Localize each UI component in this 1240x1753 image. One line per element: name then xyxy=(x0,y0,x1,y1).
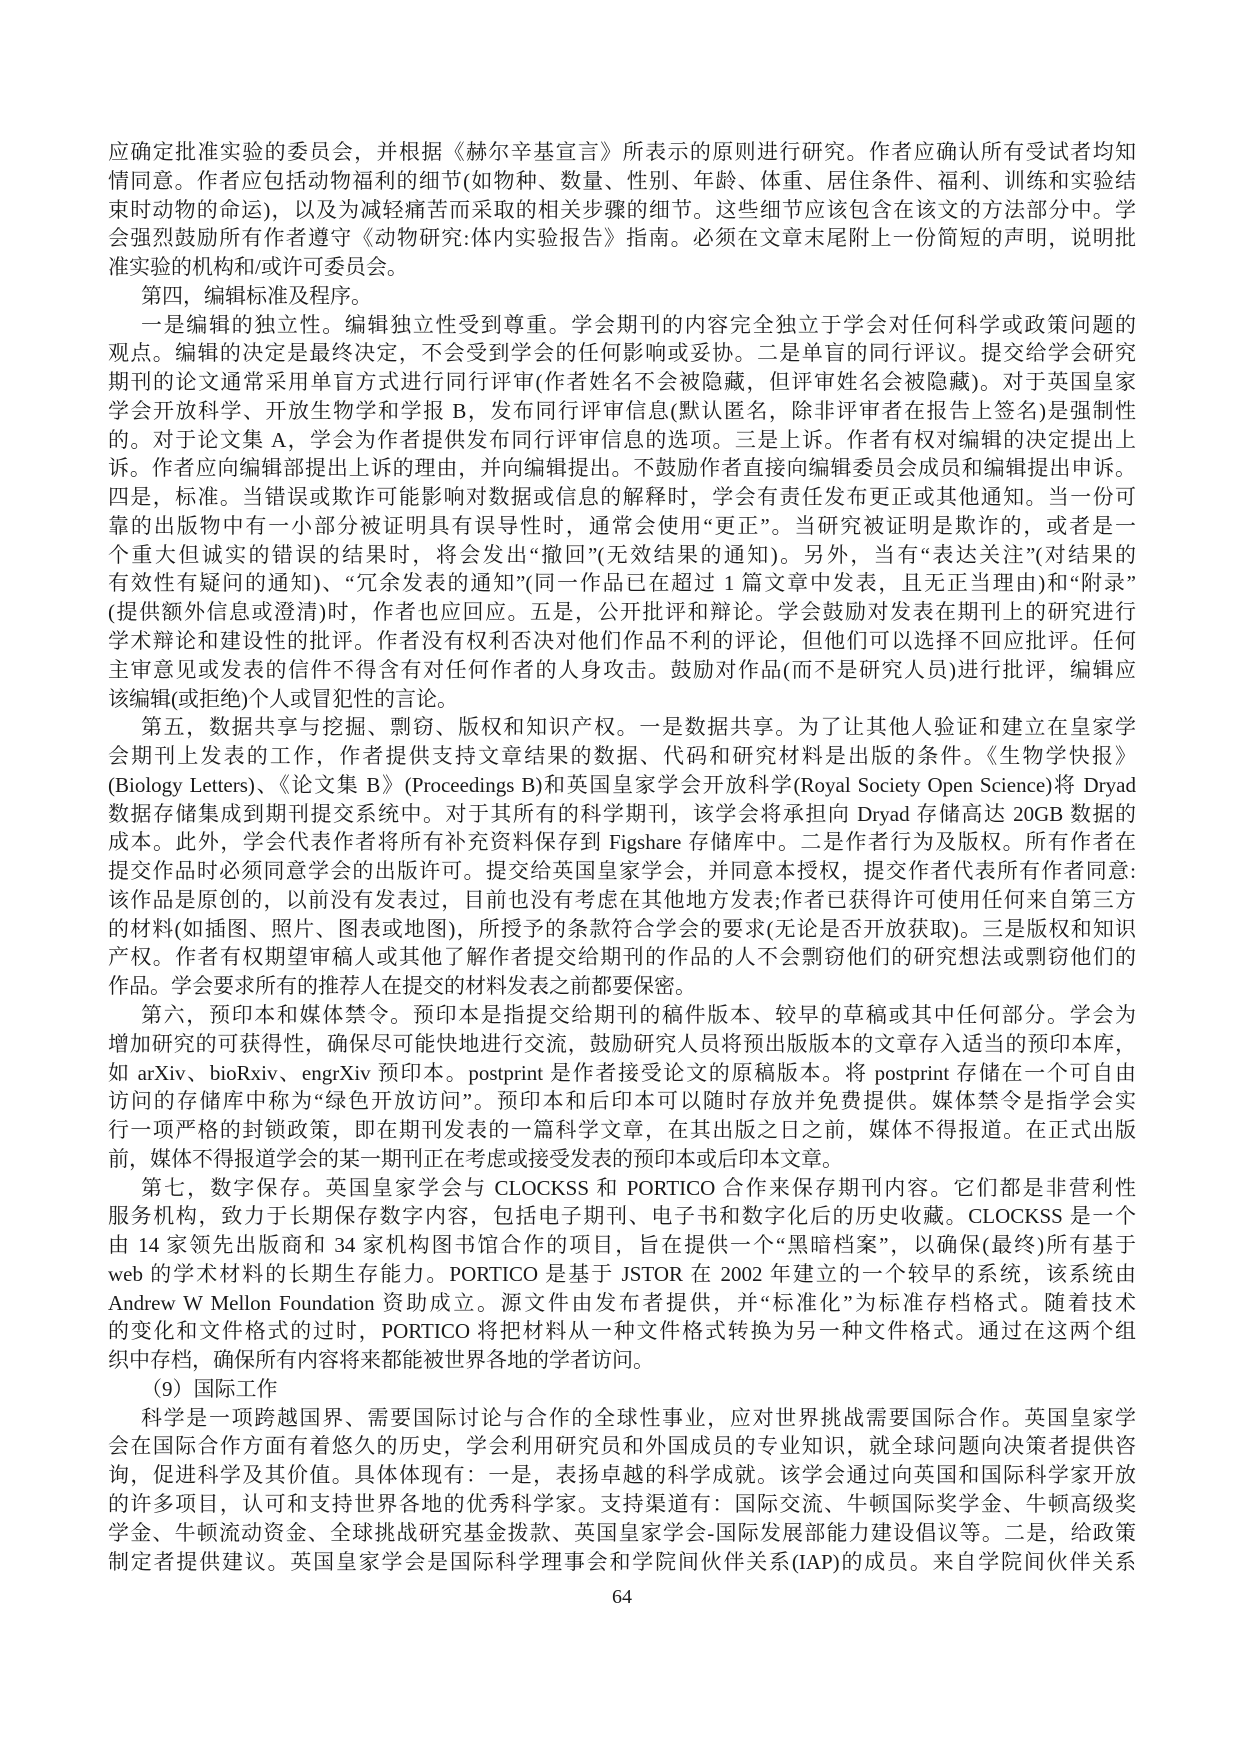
text-line: 学会开放科学、开放生物学和学报 B，发布同行评审信息(默认匿名，除非评审者在报告… xyxy=(108,397,1136,426)
text-line: 应确定批准实验的委员会，并根据《赫尔辛基宣言》所表示的原则进行研究。作者应确认所… xyxy=(108,138,1136,167)
text-line: 学术辩论和建设性的批评。作者没有权利否决对他们作品不利的评论，但他们可以选择不回… xyxy=(108,627,1136,656)
text-line: 的许多项目，认可和支持世界各地的优秀科学家。支持渠道有：国际交流、牛顿国际奖学金… xyxy=(108,1490,1136,1519)
text-line: 该编辑(或拒绝)个人或冒犯性的言论。 xyxy=(108,685,1136,714)
text-line: 的。对于论文集 A，学会为作者提供发布同行评审信息的选项。三是上诉。作者有权对编… xyxy=(108,426,1136,455)
text-line: （9）国际工作 xyxy=(108,1375,1136,1404)
text-line: 访问的存储库中称为“绿色开放访问”。预印本和后印本可以随时存放并免费提供。媒体禁… xyxy=(108,1087,1136,1116)
text-line: 情同意。作者应包括动物福利的细节(如物种、数量、性别、年龄、体重、居住条件、福利… xyxy=(108,167,1136,196)
document-page: 应确定批准实验的委员会，并根据《赫尔辛基宣言》所表示的原则进行研究。作者应确认所… xyxy=(0,0,1240,1753)
text-line: 有效性有疑问的通知)、“冗余发表的通知”(同一作品已在超过 1 篇文章中发表，且… xyxy=(108,569,1136,598)
text-line: 束时动物的命运)，以及为减轻痛苦而采取的相关步骤的细节。这些细节应该包含在该文的… xyxy=(108,196,1136,225)
text-line: 靠的出版物中有一小部分被证明具有误导性时，通常会使用“更正”。当研究被证明是欺诈… xyxy=(108,512,1136,541)
text-line: 一是编辑的独立性。编辑独立性受到尊重。学会期刊的内容完全独立于学会对任何科学或政… xyxy=(108,311,1136,340)
text-line: 期刊的论文通常采用单盲方式进行同行评审(作者姓名不会被隐藏，但评审姓名会被隐藏)… xyxy=(108,368,1136,397)
text-block: 应确定批准实验的委员会，并根据《赫尔辛基宣言》所表示的原则进行研究。作者应确认所… xyxy=(108,138,1136,1576)
text-line: 成本。此外，学会代表作者将所有补充资料保存到 Figshare 存储库中。二是作… xyxy=(108,828,1136,857)
text-line: 服务机构，致力于长期保存数字内容，包括电子期刊、电子书和数字化后的历史收藏。CL… xyxy=(108,1202,1136,1231)
text-line: 个重大但诚实的错误的结果时，将会发出“撤回”(无效结果的通知)。另外，当有“表达… xyxy=(108,541,1136,570)
text-line: 制定者提供建议。英国皇家学会是国际科学理事会和学院间伙伴关系(IAP)的成员。来… xyxy=(108,1548,1136,1577)
text-line: 提交作品时必须同意学会的出版许可。提交给英国皇家学会，并同意本授权，提交作者代表… xyxy=(108,857,1136,886)
text-line: 科学是一项跨越国界、需要国际讨论与合作的全球性事业，应对世界挑战需要国际合作。英… xyxy=(108,1404,1136,1433)
text-line: 增加研究的可获得性，确保尽可能快地进行交流，鼓励研究人员将预出版版本的文章存入适… xyxy=(108,1030,1136,1059)
text-line: web 的学术材料的长期生存能力。PORTICO 是基于 JSTOR 在 200… xyxy=(108,1260,1136,1289)
text-line: 会在国际合作方面有着悠久的历史，学会利用研究员和外国成员的专业知识，就全球问题向… xyxy=(108,1432,1136,1461)
text-line: 学金、牛顿流动资金、全球挑战研究基金拨款、英国皇家学会-国际发展部能力建设倡议等… xyxy=(108,1519,1136,1548)
text-line: 的材料(如插图、照片、图表或地图)，所授予的条款符合学会的要求(无论是否开放获取… xyxy=(108,915,1136,944)
text-line: (Biology Letters)、《论文集 B》(Proceedings B)… xyxy=(108,771,1136,800)
text-line: 第四，编辑标准及程序。 xyxy=(108,282,1136,311)
text-line: 诉。作者应向编辑部提出上诉的理由，并向编辑提出。不鼓励作者直接向编辑委员会成员和… xyxy=(108,454,1136,483)
text-line: 数据存储集成到期刊提交系统中。对于其所有的科学期刊，该学会将承担向 Dryad … xyxy=(108,800,1136,829)
text-line: 四是，标准。当错误或欺诈可能影响对数据或信息的解释时，学会有责任发布更正或其他通… xyxy=(108,483,1136,512)
text-line: 第五，数据共享与挖掘、剽窃、版权和知识产权。一是数据共享。为了让其他人验证和建立… xyxy=(108,713,1136,742)
text-line: 由 14 家领先出版商和 34 家机构图书馆合作的项目，旨在提供一个“黑暗档案”… xyxy=(108,1231,1136,1260)
text-line: 行一项严格的封锁政策，即在期刊发表的一篇科学文章，在其出版之日之前，媒体不得报道… xyxy=(108,1116,1136,1145)
text-line: 第六，预印本和媒体禁令。预印本是指提交给期刊的稿件版本、较早的草稿或其中任何部分… xyxy=(108,1001,1136,1030)
text-line: 会强烈鼓励所有作者遵守《动物研究:体内实验报告》指南。必须在文章末尾附上一份简短… xyxy=(108,224,1136,253)
text-line: 会期刊上发表的工作，作者提供支持文章结果的数据、代码和研究材料是出版的条件。《生… xyxy=(108,742,1136,771)
text-line: 该作品是原创的，以前没有发表过，目前也没有考虑在其他地方发表;作者已获得许可使用… xyxy=(108,886,1136,915)
page-number: 64 xyxy=(108,1584,1136,1610)
text-line: 作品。学会要求所有的推荐人在提交的材料发表之前都要保密。 xyxy=(108,972,1136,1001)
text-line: 准实验的机构和/或许可委员会。 xyxy=(108,253,1136,282)
text-line: 第七，数字保存。英国皇家学会与 CLOCKSS 和 PORTICO 合作来保存期… xyxy=(108,1174,1136,1203)
text-line: 如 arXiv、bioRxiv、engrXiv 预印本。postprint 是作… xyxy=(108,1059,1136,1088)
text-line: 观点。编辑的决定是最终决定，不会受到学会的任何影响或妥协。二是单盲的同行评议。提… xyxy=(108,339,1136,368)
text-line: 的变化和文件格式的过时，PORTICO 将把材料从一种文件格式转换为另一种文件格… xyxy=(108,1317,1136,1346)
text-line: 前，媒体不得报道学会的某一期刊正在考虑或接受发表的预印本或后印本文章。 xyxy=(108,1145,1136,1174)
text-line: Andrew W Mellon Foundation 资助成立。源文件由发布者提… xyxy=(108,1289,1136,1318)
text-line: (提供额外信息或澄清)时，作者也应回应。五是，公开批评和辩论。学会鼓励对发表在期… xyxy=(108,598,1136,627)
text-line: 织中存档，确保所有内容将来都能被世界各地的学者访问。 xyxy=(108,1346,1136,1375)
text-line: 主审意见或发表的信件不得含有对任何作者的人身攻击。鼓励对作品(而不是研究人员)进… xyxy=(108,656,1136,685)
text-line: 产权。作者有权期望审稿人或其他了解作者提交给期刊的作品的人不会剽窃他们的研究想法… xyxy=(108,943,1136,972)
text-line: 询，促进科学及其价值。具体体现有：一是，表扬卓越的科学成就。该学会通过向英国和国… xyxy=(108,1461,1136,1490)
